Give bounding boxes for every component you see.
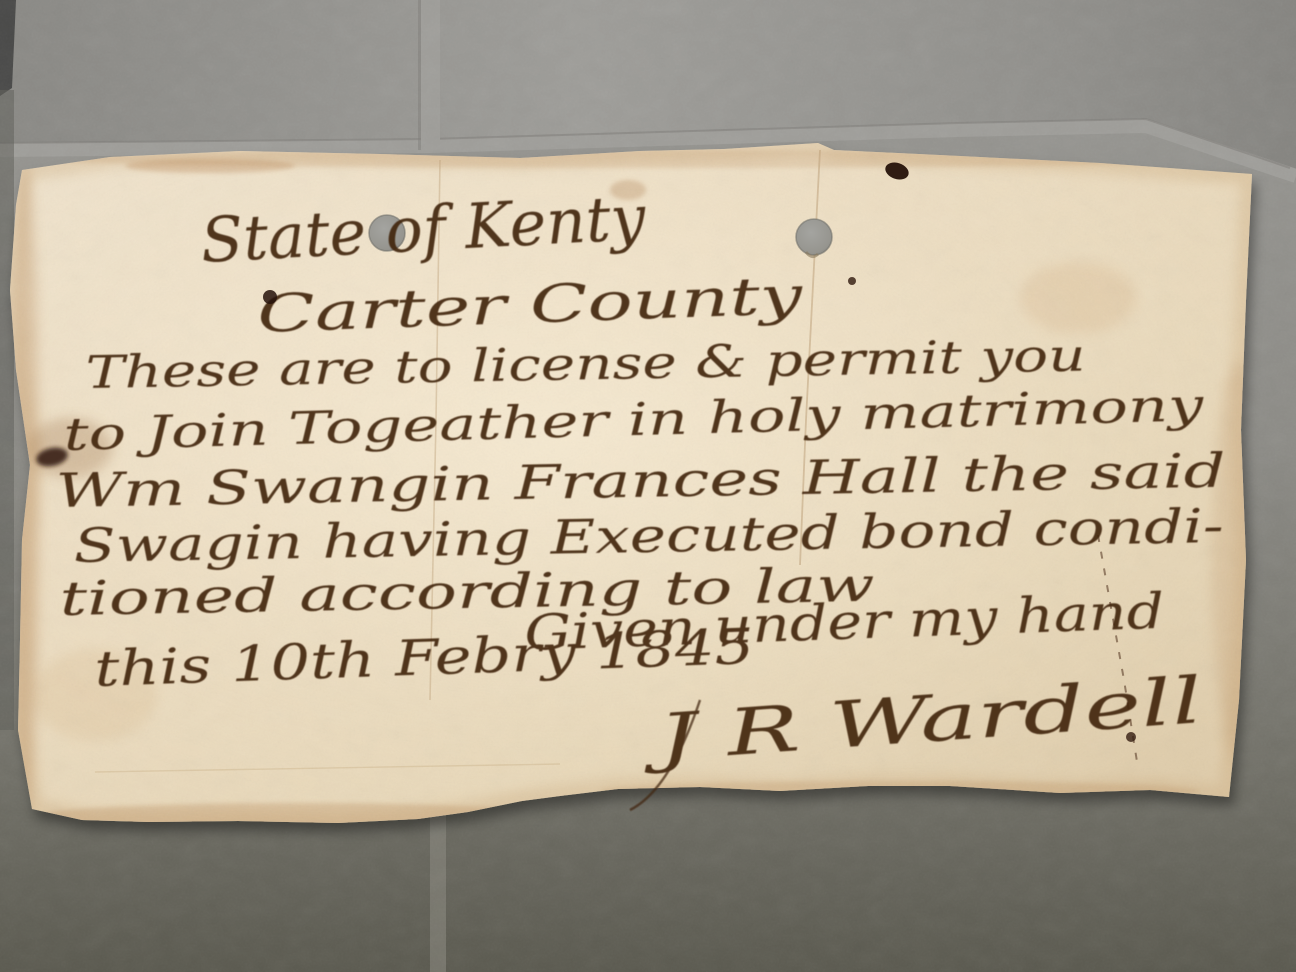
ink-blot-county bbox=[263, 290, 277, 304]
punch-hole-right bbox=[796, 219, 832, 257]
photo-of-handwritten-document: State of Kenty Carter County These are t… bbox=[0, 0, 1296, 972]
ink-speck bbox=[848, 277, 856, 285]
paper-document: State of Kenty Carter County These are t… bbox=[0, 130, 1296, 850]
